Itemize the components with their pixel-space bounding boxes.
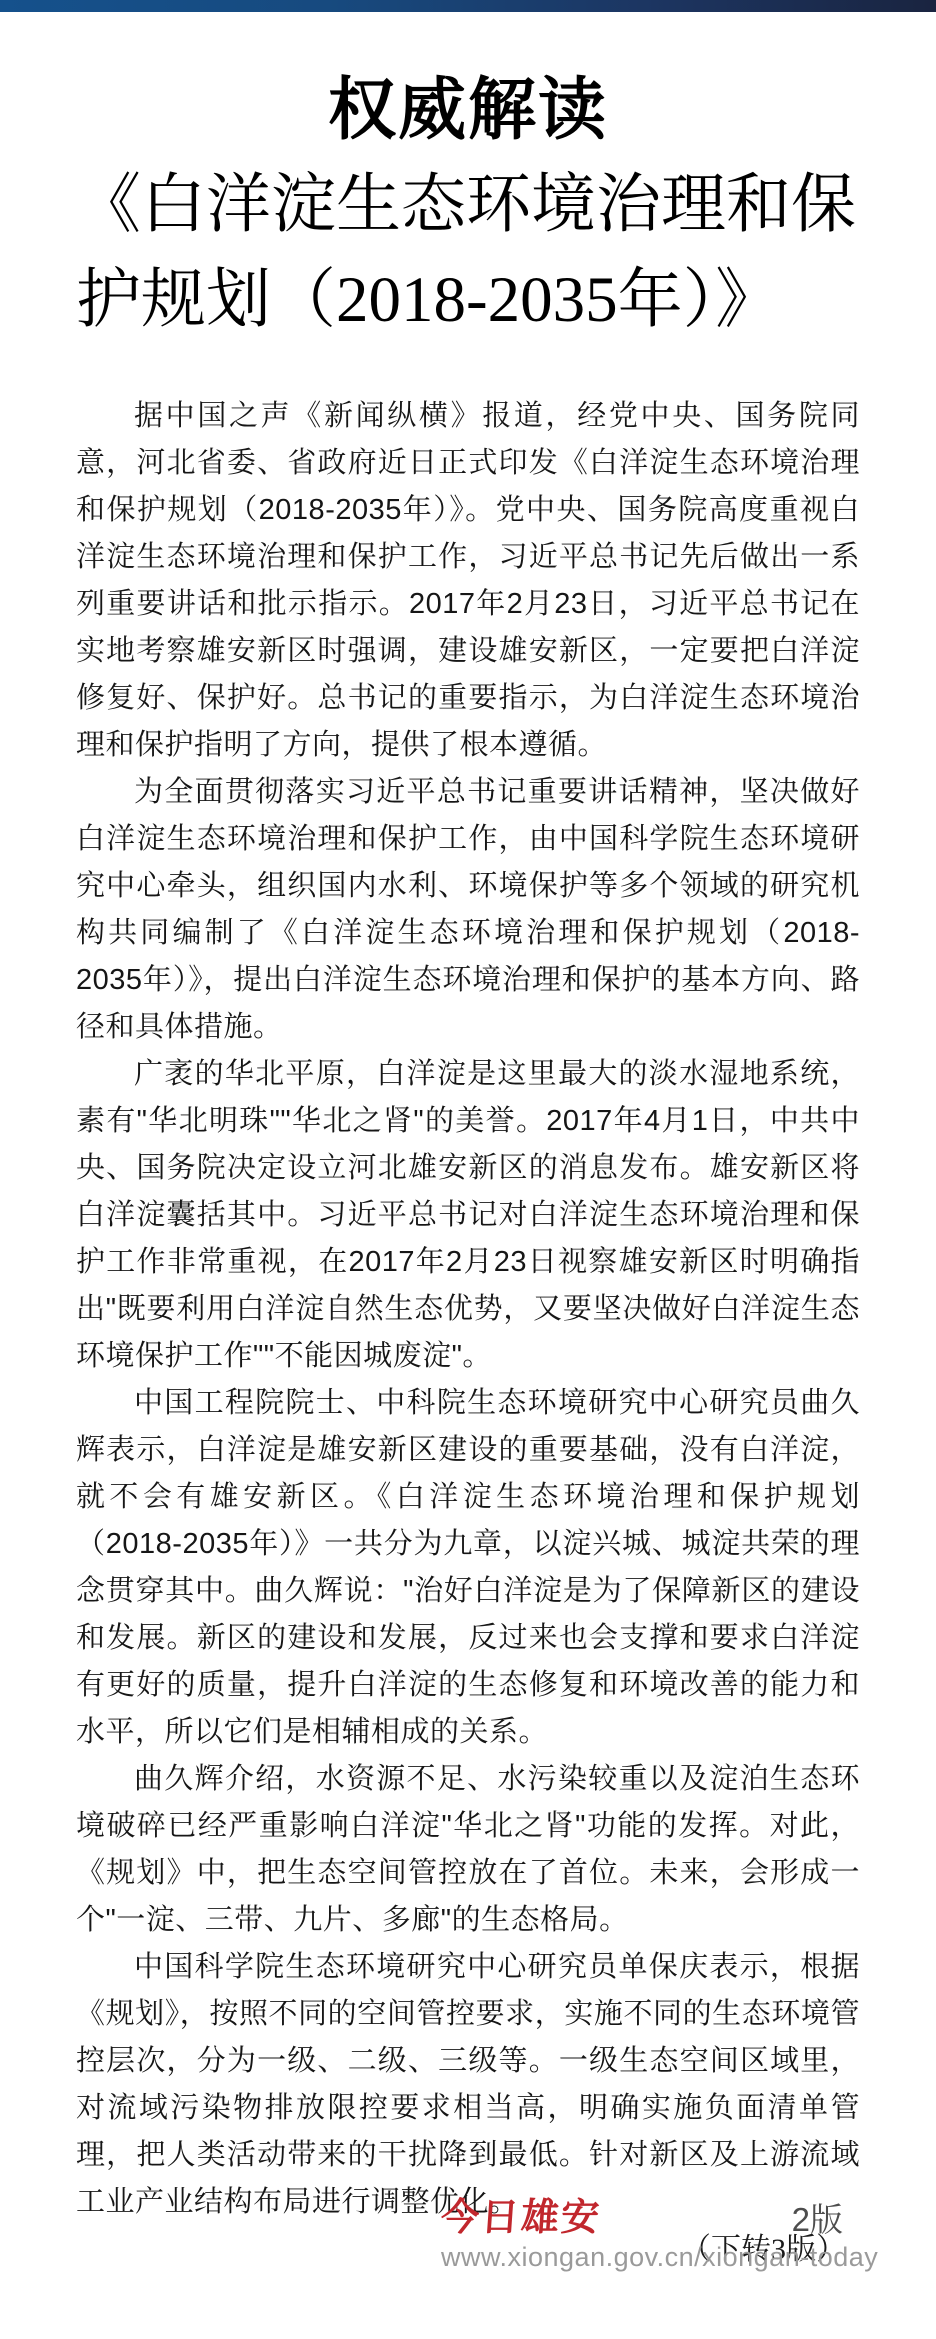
page-footer: 今日雄安 2版 www.xiongan.gov.cn/xiongan-today xyxy=(441,2198,843,2272)
paragraph-1: 据中国之声《新闻纵横》报道，经党中央、国务院同意，河北省委、省政府近日正式印发《… xyxy=(76,393,860,769)
article-body: 据中国之声《新闻纵横》报道，经党中央、国务院同意，河北省委、省政府近日正式印发《… xyxy=(0,393,936,2273)
page-number: 2版 xyxy=(792,2202,843,2238)
newspaper-page: 权威解读 《白洋淀生态环境治理和保 护规划（2018-2035年）》 据中国之声… xyxy=(0,0,936,2339)
paragraph-5: 曲久辉介绍，水资源不足、水污染较重以及淀泊生态环境破碎已经严重影响白洋淀"华北之… xyxy=(76,1756,860,1944)
website-url: www.xiongan.gov.cn/xiongan-today xyxy=(441,2242,843,2272)
paragraph-6: 中国科学院生态环境研究中心研究员单保庆表示，根据《规划》，按照不同的空间管控要求… xyxy=(76,1944,860,2226)
article-header: 权威解读 《白洋淀生态环境治理和保 护规划（2018-2035年）》 xyxy=(0,70,936,348)
kicker-title: 权威解读 xyxy=(76,70,860,150)
masthead-logo: 今日雄安 xyxy=(440,2198,603,2238)
article-title-line2: 护规划（2018-2035年）》 xyxy=(76,253,860,348)
article-title: 《白洋淀生态环境治理和保 护规划（2018-2035年）》 xyxy=(76,158,860,348)
paragraph-2: 为全面贯彻落实习近平总书记重要讲话精神，坚决做好白洋淀生态环境治理和保护工作，由… xyxy=(76,769,860,1051)
paragraph-4: 中国工程院院士、中科院生态环境研究中心研究员曲久辉表示，白洋淀是雄安新区建设的重… xyxy=(76,1380,860,1756)
top-bar xyxy=(0,0,936,12)
footer-row: 今日雄安 2版 xyxy=(441,2198,843,2238)
paragraph-3: 广袤的华北平原，白洋淀是这里最大的淡水湿地系统，素有"华北明珠""华北之肾"的美… xyxy=(76,1051,860,1380)
article-title-line1: 《白洋淀生态环境治理和保 xyxy=(76,158,860,253)
